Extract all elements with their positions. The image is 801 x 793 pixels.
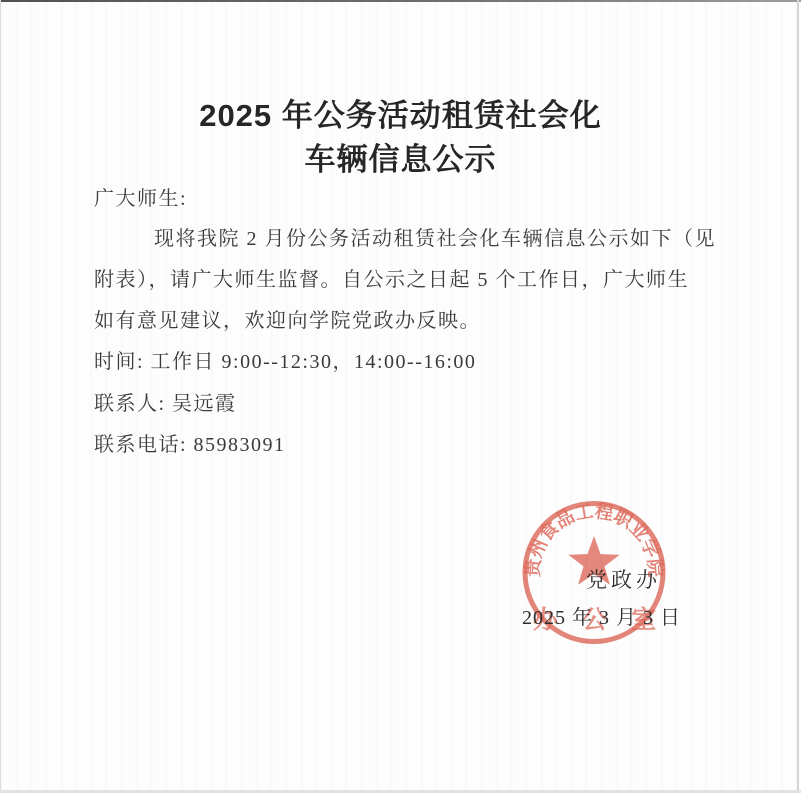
salutation: 广大师生: [94, 182, 187, 211]
scan-edge-top [0, 0, 801, 2]
notice-title-line2: 车辆信息公示 [0, 134, 801, 179]
paragraph-line-3: 如有意见建议，欢迎向学院党政办反映。 [94, 304, 481, 333]
scanned-notice-document: { "notice": { "title_line1": "2025 年公务活动… [0, 0, 801, 793]
time-line: 时间: 工作日 9:00--12:30，14:00--16:00 [94, 345, 476, 374]
signer-name: 党政办 [586, 564, 661, 594]
paragraph-line-1: 现将我院 2 月份公务活动租赁社会化车辆信息公示如下（见 [154, 222, 716, 251]
paragraph-line-2: 附表），请广大师生监督。自公示之日起 5 个工作日，广大师生 [94, 263, 689, 292]
contact-person-line: 联系人: 吴远霞 [94, 387, 237, 416]
contact-phone-line: 联系电话: 85983091 [94, 428, 286, 457]
notice-title-line1: 2025 年公务活动租赁社会化 [0, 90, 801, 135]
notice-date: 2025 年 3 月 3 日 [522, 601, 681, 630]
